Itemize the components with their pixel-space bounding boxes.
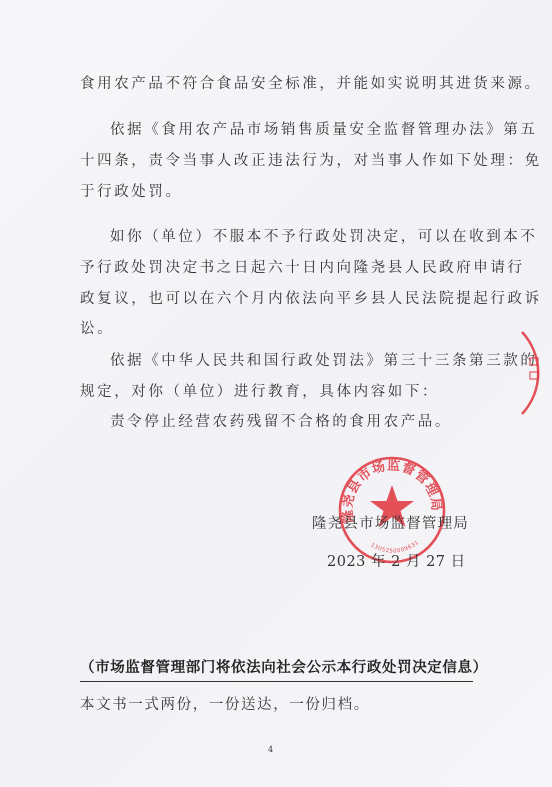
paragraph-3-line-1: 如你（单位）不服本不予行政处罚决定，可以在收到本不 <box>110 225 538 246</box>
public-disclosure-note: （市场监督管理部门将依法向社会公示本行政处罚决定信息） <box>80 656 474 677</box>
partial-seal-icon <box>520 328 552 418</box>
paragraph-2-line-2: 十四条，责令当事人改正违法行为，对当事人作如下处理：免 <box>80 149 542 170</box>
paragraph-4-line-1: 依据《中华人民共和国行政处罚法》第三十三条第三款的 <box>110 349 538 370</box>
paragraph-2-line-3: 于行政处罚。 <box>80 180 183 201</box>
official-seal-icon: 隆尧县市场监督管理局 1305250009631 <box>337 455 447 565</box>
paragraph-3-line-4: 讼。 <box>80 317 114 338</box>
copies-note: 本文书一式两份，一份送达，一份归档。 <box>80 693 370 714</box>
issue-date: 2023 年 2 月 27 日 <box>327 550 466 571</box>
paragraph-5-line-1: 责令停止经营农药残留不合格的食用农产品。 <box>110 410 452 431</box>
issuing-organization: 隆尧县市场监督管理局 <box>312 512 469 533</box>
paragraph-3-line-3: 政复议，也可以在六个月内依法向平乡县人民法院提起行政诉 <box>80 287 542 308</box>
divider-rule <box>80 681 473 682</box>
paragraph-3-line-2: 予行政处罚决定书之日起六十日内向隆尧县人民政府申请行 <box>80 256 525 277</box>
paragraph-2-line-1: 依据《食用农产品市场销售质量安全监督管理办法》第五 <box>110 118 538 139</box>
document-page: 食用农产品不符合食品安全标准，并能如实说明其进货来源。 依据《食用农产品市场销售… <box>0 0 552 787</box>
page-number: 4 <box>268 745 273 754</box>
paragraph-4-line-2: 规定，对你（单位）进行教育，具体内容如下： <box>80 380 439 401</box>
paragraph-1-line-1: 食用农产品不符合食品安全标准，并能如实说明其进货来源。 <box>80 72 542 93</box>
